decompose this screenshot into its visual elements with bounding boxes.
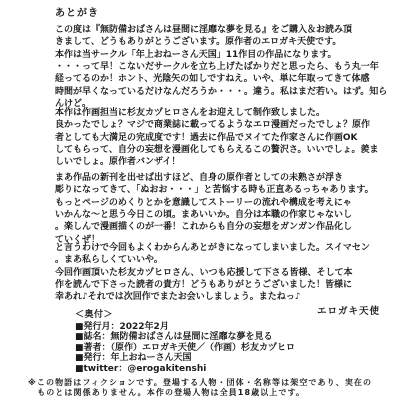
- text-line: まあ作品の新刊を出せば出すほど、自身の原作者としての未熟さが浮き: [55, 172, 355, 184]
- paragraph-greeting: この度は『無防備おばさんは昼間に淫靡な夢を見る』をご購入＆お読み頂きまして、どう…: [55, 24, 355, 110]
- text-line: きまして、どうもありがとうございます。原作者のエロガキ天使です。: [55, 36, 355, 48]
- text-line: しいでしょ。原作者バンザイ！: [55, 156, 355, 168]
- colophon: ＜奥付＞ ■発行月：2022年2月■誌名：無防備おばさんは昼間に淫靡な夢を見る■…: [75, 310, 295, 374]
- colophon-item: ■発行：年上おねーさん天国: [75, 353, 295, 363]
- text-line: してもらって、自分の妄想を漫画化してもらえるこの贅沢さ。いいでしょ。羨ま: [55, 144, 355, 156]
- text-line: と言うわけで今回もよくわからんあとがきになってしまいました。スイマセン: [55, 242, 355, 254]
- text-line: 本作は当サークル「年上おねーさん天国」11作目の作品になります。: [55, 49, 355, 61]
- text-line: 彫りになってきて、「ぬおお・・・」と苦悩する時も正直あるっちゃあります。: [55, 184, 355, 196]
- disclaimer-line: ※この物語はフィクションです。登場する人物・団体・名称等は架空であり、実在の: [28, 378, 372, 388]
- text-line: 。楽しんで漫画描くのが一番！これからも自分の妄想をガンガン作品化し: [55, 221, 355, 233]
- page-title: あとがき: [55, 4, 99, 19]
- text-line: 経ってるのか！ホント、光陰矢の如しですねえ。いや、単に年取ってきて体感: [55, 73, 355, 85]
- colophon-heading: ＜奥付＞: [75, 310, 295, 321]
- paragraph-thanks: と言うわけで今回もよくわからんあとがきになってしまいました。スイマセン。まあ私ら…: [55, 242, 355, 304]
- text-line: もっとページのめくりとかを意識してストーリーの流れや構成を考えにゃ: [55, 197, 355, 209]
- colophon-item: ■誌名：無防備おばさんは昼間に淫靡な夢を見る: [75, 332, 295, 342]
- colophon-item-list: ■発行月：2022年2月■誌名：無防備おばさんは昼間に淫靡な夢を見る■著者：（原…: [75, 322, 295, 374]
- text-line: 。まあ私らしくていいや。: [55, 254, 355, 266]
- text-line: 良かったでしょ？マジで商業誌に載ってるようなエロ漫画だったでしょ？原作: [55, 119, 355, 131]
- text-line: 時間が早くなっているだけなんだろうか・・・。違う。私はまだ若い。はず。知ら: [55, 86, 355, 98]
- colophon-item: ■twitter：@erogakitenshi: [75, 364, 295, 374]
- text-line: 本作は作画担当に杉友カヅヒロさんをお迎えして制作致しました。: [55, 107, 355, 119]
- text-line: いかんな〜と思う今日この頃。まあいいか。自分は本職の作家じゃないし: [55, 209, 355, 221]
- text-line: 幸あれ♪それでは次回作でまたお会いしましょう。またねっ♪: [55, 291, 355, 303]
- text-line: 者としても大満足の完成度です！過去に作品でヌイてた作家さんに作画OK: [55, 132, 355, 144]
- paragraph-artist: 本作は作画担当に杉友カヅヒロさんをお迎えして制作致しました。良かったでしょ？マジ…: [55, 107, 355, 169]
- text-line: 今回作画頂いた杉友カヅヒロさん、いつも応援して下さる皆様、そして本: [55, 267, 355, 279]
- text-line: この度は『無防備おばさんは昼間に淫靡な夢を見る』をご購入＆お読み頂: [55, 24, 355, 36]
- colophon-item: ■発行月：2022年2月: [75, 322, 295, 332]
- paragraph-reflection: まあ作品の新刊を出せば出すほど、自身の原作者としての未熟さが浮き彫りになってきて…: [55, 172, 355, 246]
- author-signature: エロガキ天使: [317, 303, 380, 317]
- afterword-page: あとがき この度は『無防備おばさんは昼間に淫靡な夢を見る』をご購入＆お読み頂きま…: [0, 0, 400, 400]
- fiction-disclaimer: ※この物語はフィクションです。登場する人物・団体・名称等は架空であり、実在の も…: [28, 378, 372, 398]
- text-line: ・・・って早！こないだサークルを立ち上げたばかりだと思ったら、もう丸一年: [55, 61, 355, 73]
- colophon-item: ■著者：（原作）エロガキ天使／（作画）杉友カヅヒロ: [75, 343, 295, 353]
- disclaimer-line: ものとは関係ありません。本作の登場人物は全員18歳以上です。: [28, 388, 372, 398]
- text-line: 作を読んで下さった読者の貴方！どうもありがとうございました！皆様に: [55, 279, 355, 291]
